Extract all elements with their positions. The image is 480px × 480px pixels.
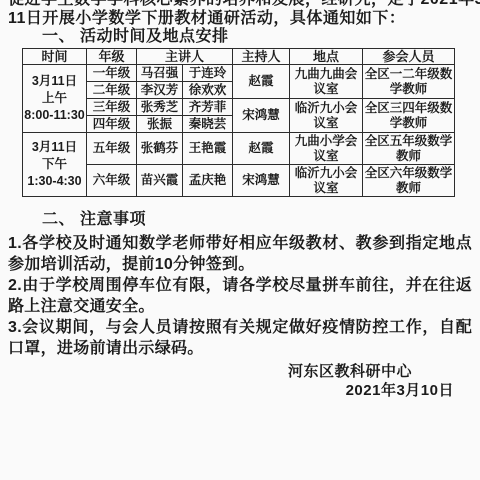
cell-host: 赵霞 [233, 133, 290, 165]
cell-attendees: 全区三四年级数学教师 [363, 99, 455, 133]
cell-grade: 五年级 [87, 133, 137, 165]
note-item-2: 2.由于学校周围停车位有限，请各学校尽量拼车前往，并在往返路上注意交通安全。 [0, 275, 480, 317]
schedule-table: 时间 年级 主讲人 主持人 地点 参会人员 3月11日 上午 8:00-11:3… [22, 48, 455, 197]
cell-time-morning: 3月11日 上午 8:00-11:30 [23, 65, 87, 133]
cell-speaker2: 齐芳菲 [183, 99, 233, 116]
cell-speaker2: 于连玲 [183, 65, 233, 82]
cell-attendees: 全区五年级数学教师 [363, 133, 455, 165]
cell-grade: 三年级 [87, 99, 137, 116]
cell-speaker2: 秦晓芸 [183, 116, 233, 133]
section1-title: 一、 活动时间及地点安排 [0, 28, 480, 46]
cell-speaker1: 张秀芝 [137, 99, 183, 116]
note-item-3: 3.会议期间，与会人员请按照有关规定做好疫情防控工作，自配口罩，进场前请出示绿码… [0, 317, 480, 359]
header-grade: 年级 [87, 49, 137, 65]
section2-title: 二、 注意事项 [0, 211, 480, 229]
cell-grade: 一年级 [87, 65, 137, 82]
time-range: 8:00-11:30 [23, 107, 86, 124]
time-date: 3月11日 [23, 73, 86, 90]
intro-line-clipped-container: 促进学生数学学科核心素养的培养和发展，经研究，定于2021年3月 [0, 0, 480, 9]
cell-host: 宋鸿慧 [233, 99, 290, 133]
header-time: 时间 [23, 49, 87, 65]
table-header-row: 时间 年级 主讲人 主持人 地点 参会人员 [23, 49, 455, 65]
time-date: 3月11日 [23, 139, 86, 156]
signature-block: 河东区教科研中心 2021年3月10日 [0, 362, 480, 400]
cell-speaker2: 王艳霞 [183, 133, 233, 165]
cell-location: 临沂九小会议室 [290, 165, 363, 197]
cell-speaker1: 苗兴霞 [137, 165, 183, 197]
cell-speaker2: 孟庆艳 [183, 165, 233, 197]
note-item-1: 1.各学校及时通知数学老师带好相应年级教材、教参到指定地点参加培训活动，提前10… [0, 233, 480, 275]
time-range: 1:30-4:30 [23, 173, 86, 190]
cell-grade: 四年级 [87, 116, 137, 133]
table-row: 3月11日 上午 8:00-11:30 一年级 马召强 于连玲 赵霞 九曲九曲会… [23, 65, 455, 82]
table-row: 三年级 张秀芝 齐芳菲 宋鸿慧 临沂九小会议室 全区三四年级数学教师 [23, 99, 455, 116]
header-host: 主持人 [233, 49, 290, 65]
signature-date: 2021年3月10日 [0, 381, 480, 400]
notice-document: 促进学生数学学科核心素养的培养和发展，经研究，定于2021年3月 11日开展小学… [0, 0, 480, 480]
cell-host: 宋鸿慧 [233, 165, 290, 197]
intro-line-2: 11日开展小学数学下册教材通研活动，具体通知如下： [0, 9, 480, 28]
cell-speaker2: 徐欢欢 [183, 82, 233, 99]
header-speaker: 主讲人 [137, 49, 233, 65]
cell-host: 赵霞 [233, 65, 290, 99]
time-period: 下午 [23, 156, 86, 173]
cell-grade: 二年级 [87, 82, 137, 99]
table-row: 3月11日 下午 1:30-4:30 五年级 张鹤芬 王艳霞 赵霞 九曲小学会议… [23, 133, 455, 165]
header-location: 地点 [290, 49, 363, 65]
cell-attendees: 全区一二年级数学教师 [363, 65, 455, 99]
cell-grade: 六年级 [87, 165, 137, 197]
intro-line-clipped: 促进学生数学学科核心素养的培养和发展，经研究，定于2021年3月 [8, 0, 472, 9]
cell-location: 九曲九曲会议室 [290, 65, 363, 99]
cell-attendees: 全区六年级数学教师 [363, 165, 455, 197]
signature-org: 河东区教科研中心 [0, 362, 480, 381]
cell-location: 九曲小学会议室 [290, 133, 363, 165]
table-row: 六年级 苗兴霞 孟庆艳 宋鸿慧 临沂九小会议室 全区六年级数学教师 [23, 165, 455, 197]
cell-speaker1: 张鹤芬 [137, 133, 183, 165]
cell-speaker1: 张振 [137, 116, 183, 133]
time-period: 上午 [23, 90, 86, 107]
header-attendees: 参会人员 [363, 49, 455, 65]
cell-location: 临沂九小会议室 [290, 99, 363, 133]
cell-time-afternoon: 3月11日 下午 1:30-4:30 [23, 133, 87, 197]
cell-speaker1: 李汉芳 [137, 82, 183, 99]
cell-speaker1: 马召强 [137, 65, 183, 82]
